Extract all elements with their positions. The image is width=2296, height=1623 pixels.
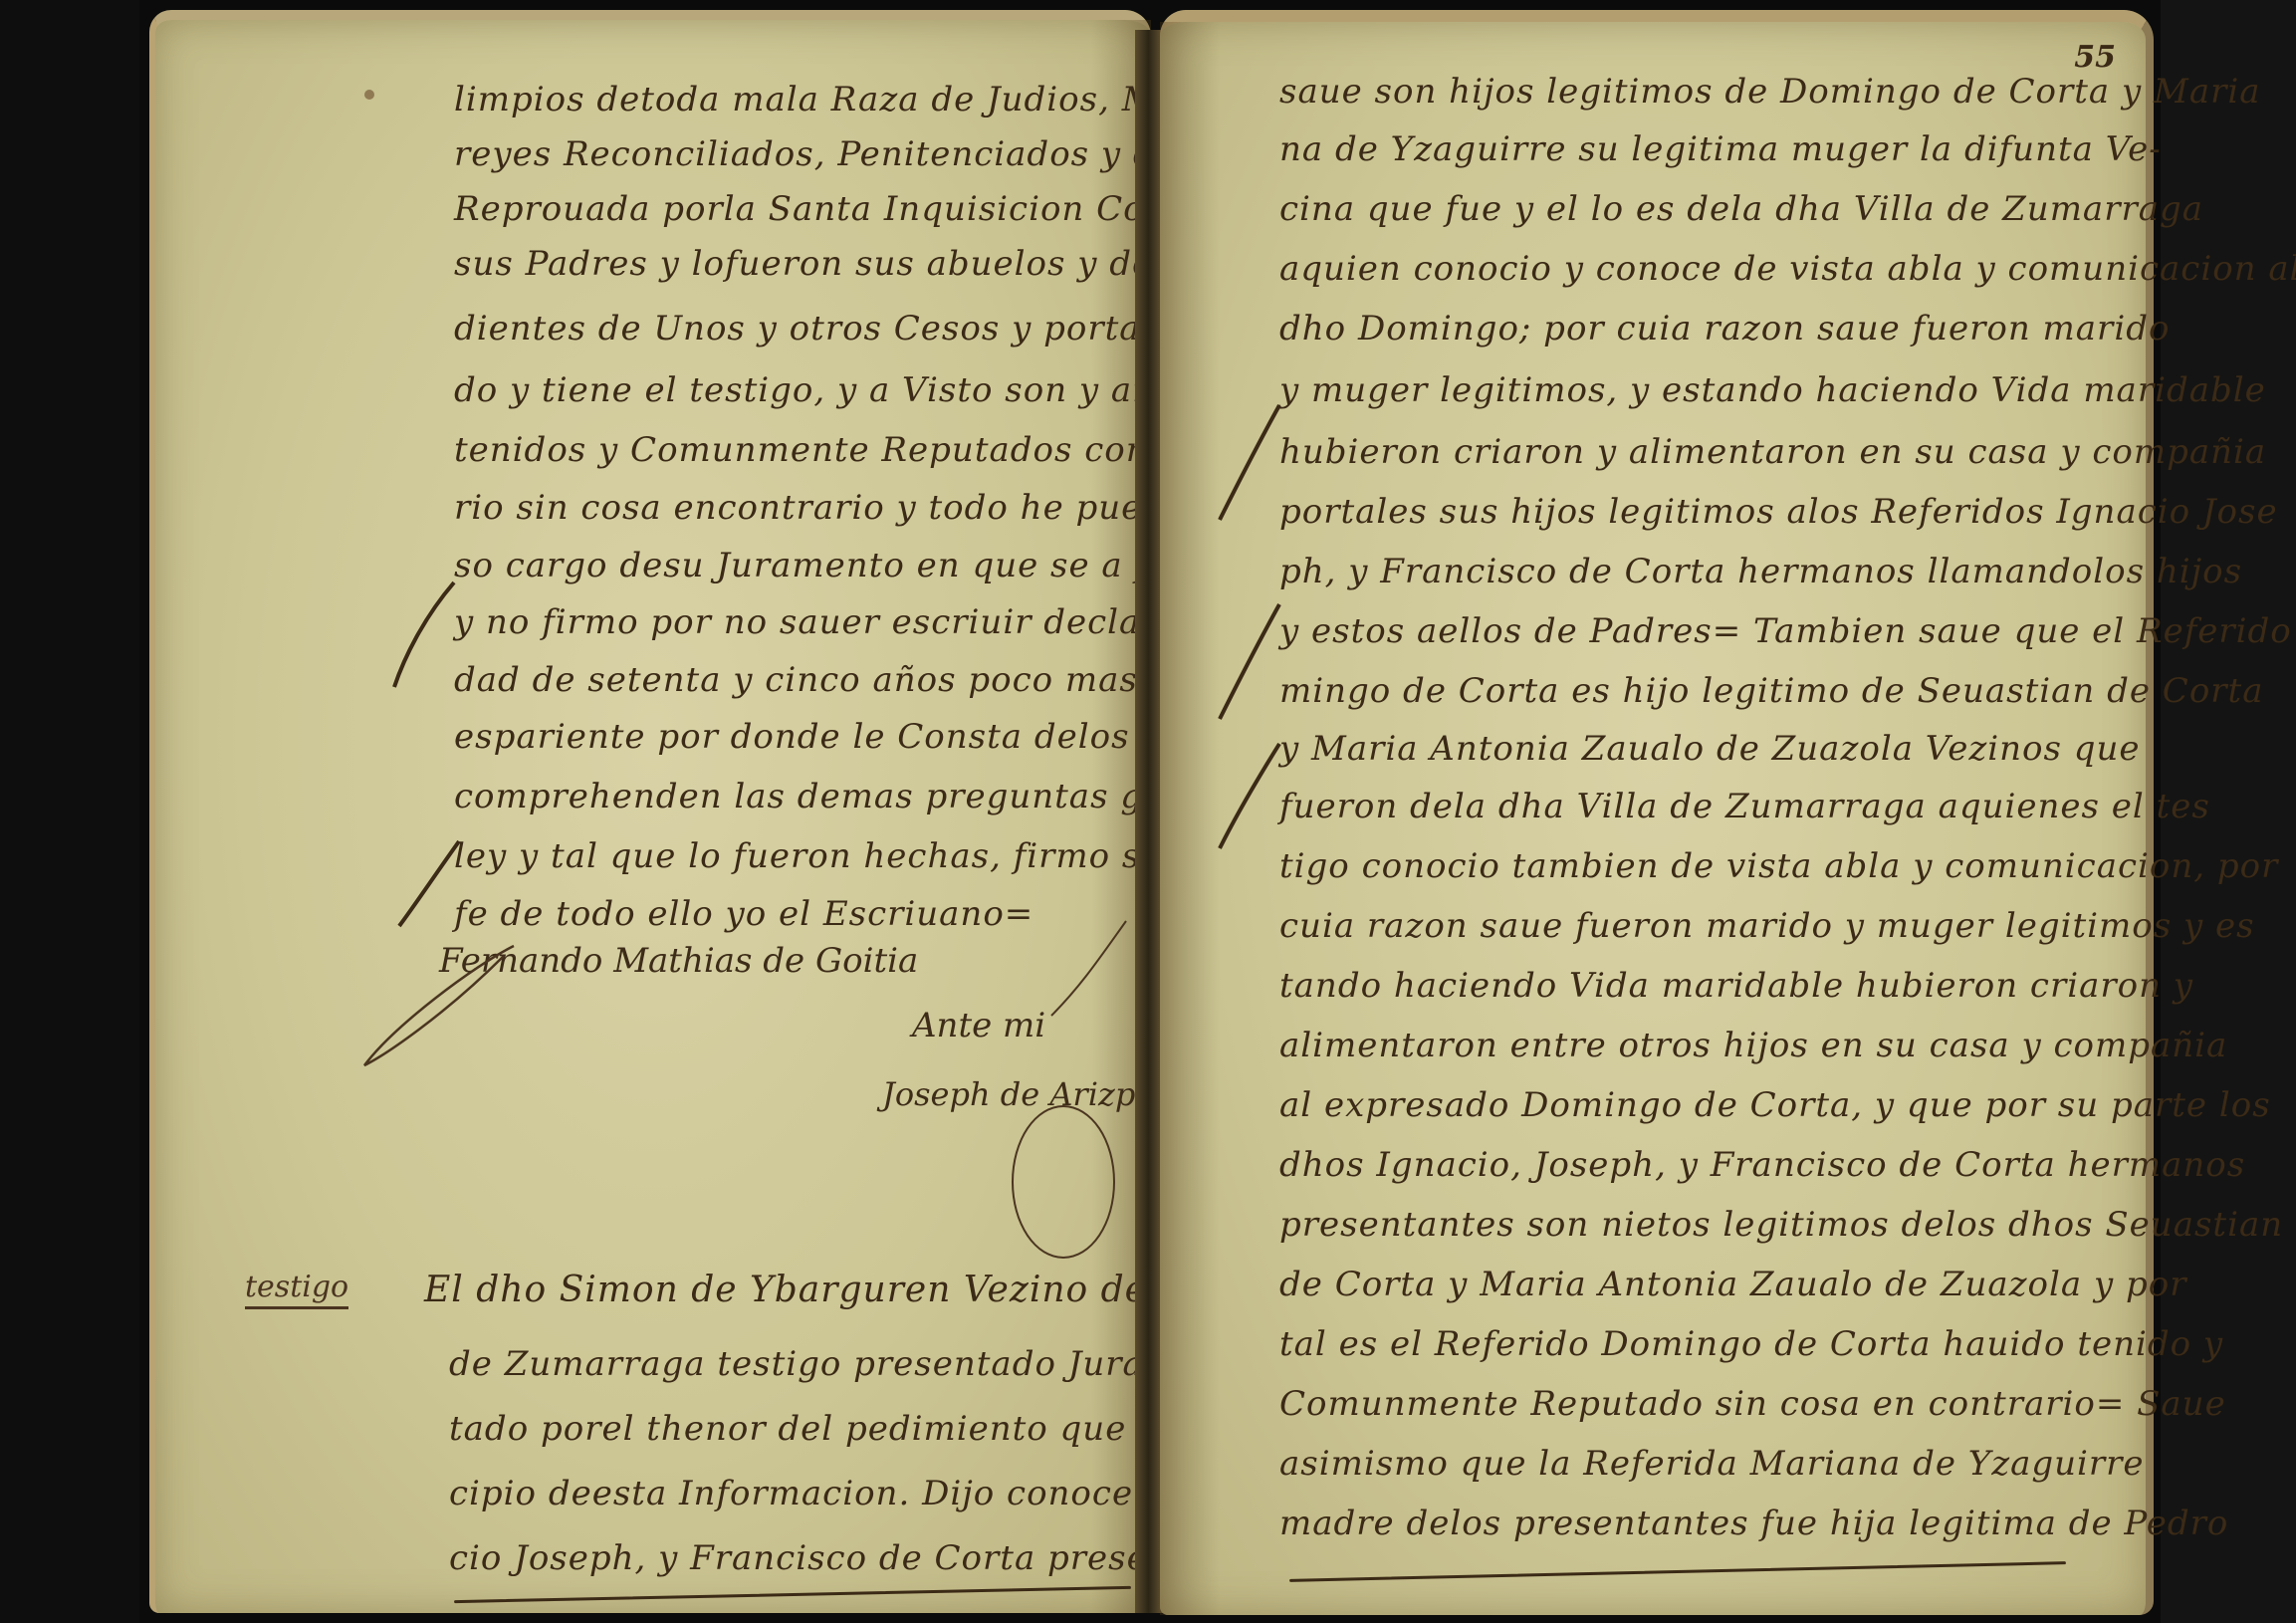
text-line: fe de todo ello yo el Escriuano=	[454, 894, 1033, 934]
right-page: 55 saue son hijos legitimos de Domingo d…	[1160, 10, 2154, 1615]
text-line: hubieron criaron y alimentaron en su cas…	[1279, 432, 2266, 472]
text-line: fueron dela dha Villa de Zumarraga aquie…	[1279, 787, 2210, 826]
ink-spot	[364, 90, 374, 100]
text-line: y Maria Antonia Zaualo de Zuazola Vezino…	[1279, 729, 2141, 769]
text-line: tal es el Referido Domingo de Corta haui…	[1279, 1324, 2223, 1364]
text-line: y muger legitimos, y estando haciendo Vi…	[1279, 370, 2266, 410]
text-line: cuia razon saue fueron marido y muger le…	[1279, 906, 2255, 946]
text-line: Comunmente Reputado sin cosa en contrari…	[1279, 1384, 2226, 1424]
text-line: al expresado Domingo de Corta, y que por…	[1279, 1085, 2271, 1125]
paragraph-flourish-icon	[1210, 400, 1289, 530]
signature-flourish-icon	[354, 936, 534, 1075]
text-line: de Corta y Maria Antonia Zaualo de Zuazo…	[1279, 1265, 2186, 1304]
left-background-bar	[0, 0, 139, 1623]
manuscript-spread: limpios detoda mala Raza de Judios, Moro…	[139, 10, 2161, 1613]
text-line: dhos Ignacio, Joseph, y Francisco de Cor…	[1279, 1145, 2245, 1185]
text-line: na de Yzaguirre su legitima muger la dif…	[1279, 129, 2162, 169]
text-line: cina que fue y el lo es dela dha Villa d…	[1279, 189, 2203, 229]
paragraph-flourish-icon	[1210, 739, 1289, 858]
text-line: dho Domingo; por cuia razon saue fueron …	[1279, 309, 2170, 348]
text-line: portales sus hijos legitimos alos Referi…	[1279, 492, 2278, 532]
text-line: ph, y Francisco de Corta hermanos llaman…	[1279, 552, 2242, 591]
signature-flourish-icon	[1032, 916, 1131, 1036]
left-page: limpios detoda mala Raza de Judios, Moro…	[149, 10, 1151, 1613]
text-line: mingo de Corta es hijo legitimo de Seuas…	[1279, 671, 2263, 711]
paragraph-flourish-icon	[394, 836, 474, 936]
text-line: asimismo que la Referida Mariana de Yzag…	[1279, 1444, 2145, 1484]
text-line: alimentaron entre otros hijos en su casa…	[1279, 1026, 2227, 1065]
right-page-text: saue son hijos legitimos de Domingo de C…	[1160, 22, 2146, 1615]
paragraph-flourish-icon	[1210, 599, 1289, 729]
paragraph-flourish-icon	[384, 578, 464, 697]
signature-rubric-loop	[1012, 1105, 1115, 1259]
margin-note-testigo: testigo	[245, 1270, 348, 1309]
text-line: saue son hijos legitimos de Domingo de C…	[1279, 72, 2261, 112]
text-line: tigo conocio tambien de vista abla y com…	[1279, 846, 2278, 886]
signature-ante-mi: Ante mi	[912, 1006, 1045, 1045]
text-line: madre delos presentantes fue hija legiti…	[1279, 1504, 2228, 1543]
text-line: y estos aellos de Padres= Tambien saue q…	[1279, 611, 2296, 651]
text-line: aquien conocio y conoce de vista abla y …	[1279, 249, 2296, 289]
text-line: presentantes son nietos legitimos delos …	[1279, 1205, 2283, 1245]
text-line: tando haciendo Vida maridable hubieron c…	[1279, 966, 2193, 1006]
